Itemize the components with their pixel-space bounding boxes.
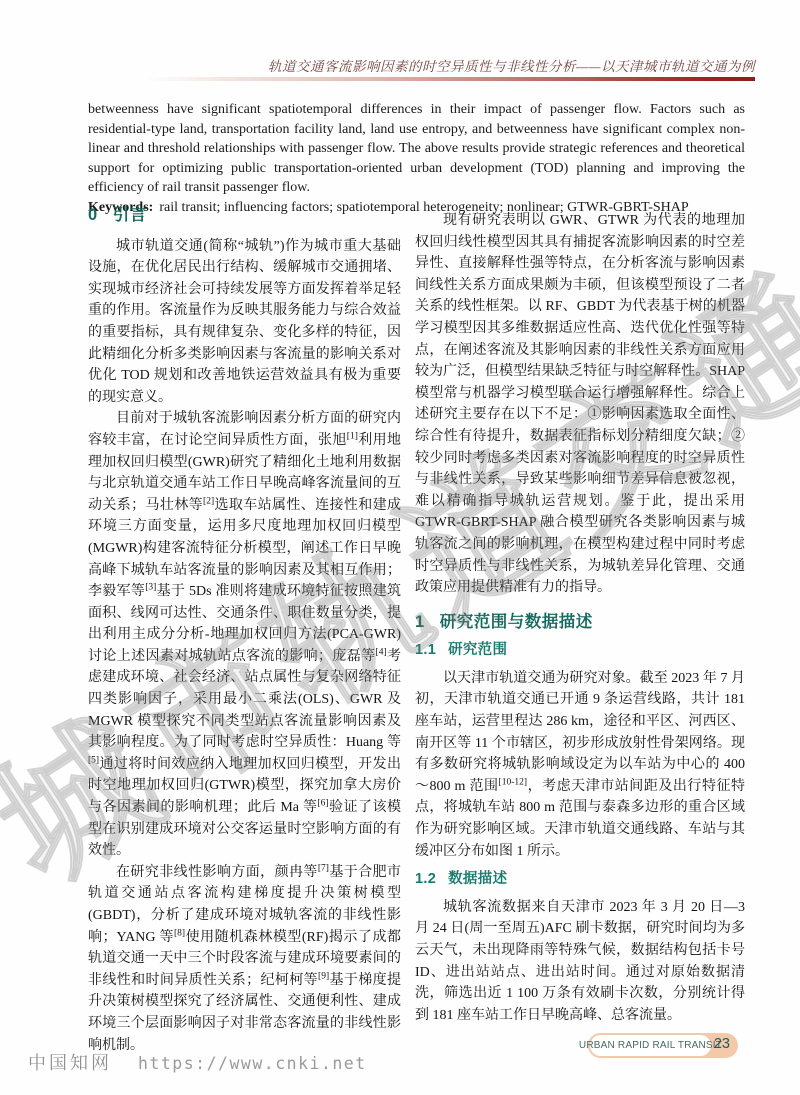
cnki-url: https://www.cnki.net [138,1054,367,1073]
section-1-2-heading: 1.2数据描述 [415,869,745,891]
section-0-number: 0 [88,206,98,224]
section-0-heading: 0引言 [88,205,401,227]
abstract-text: betweenness have significant spatiotempo… [88,100,745,198]
journal-footer-badge: URBAN RAPID RAIL TRANSIT 23 [588,1033,738,1058]
running-title: 轨道交通客流影响因素的时空异质性与非线性分析——以天津城市轨道交通为例 [268,55,755,75]
section-1-1-heading: 1.1研究范围 [415,640,745,662]
journal-name: URBAN RAPID RAIL TRANSIT [579,1040,722,1051]
section-1-1-paragraph: 以天津市轨道交通为研究对象。截至 2023 年 7 月初，天津市轨道交通已开通 … [415,668,745,862]
intro-paragraph-4: 现有研究表明以 GWR、GTWR 为代表的地理加权回归线性模型因其具有捕捉客流影… [415,210,745,599]
section-1-1-title: 研究范围 [448,642,507,658]
left-column: 0引言 城市轨道交通(简称“城轨”)作为城市重大基础设施，在优化居民出行结构、缓… [88,205,401,1056]
page-number: 23 [714,1036,730,1052]
header-rule [145,77,755,81]
section-1-2-paragraph: 城轨客流数据来自天津市 2023 年 3 月 20 日—3 月 24 日(周一至… [415,897,745,1027]
cnki-footer: 中国知网https://www.cnki.net [28,1049,367,1075]
section-1-title: 研究范围与数据描述 [440,613,593,631]
intro-paragraph-3: 在研究非线性影响方面，颜冉等[7]基于合肥市轨道交通站点客流构建梯度提升决策树模… [88,862,401,1056]
abstract-block: betweenness have significant spatiotempo… [88,100,745,218]
section-0-title: 引言 [113,206,147,224]
section-1-number: 1 [415,613,425,631]
section-1-2-number: 1.2 [415,871,436,887]
section-1-2-title: 数据描述 [448,871,507,887]
right-column: 现有研究表明以 GWR、GTWR 为代表的地理加权回归线性模型因其具有捕捉客流影… [415,210,745,1026]
journal-name-pill: URBAN RAPID RAIL TRANSIT [590,1035,711,1056]
intro-paragraph-1: 城市轨道交通(简称“城轨”)作为城市重大基础设施，在优化居民出行结构、缓解城市交… [88,236,401,409]
section-1-heading: 1研究范围与数据描述 [415,612,745,634]
cnki-label: 中国知网 [28,1053,112,1073]
intro-paragraph-2: 目前对于城轨客流影响因素分析方面的研究内容较丰富，在讨论空间异质性方面，张旭[1… [88,408,401,861]
section-1-1-number: 1.1 [415,642,436,658]
journal-page: 轨道交通客流影响因素的时空异质性与非线性分析——以天津城市轨道交通为例 betw… [0,0,800,1095]
